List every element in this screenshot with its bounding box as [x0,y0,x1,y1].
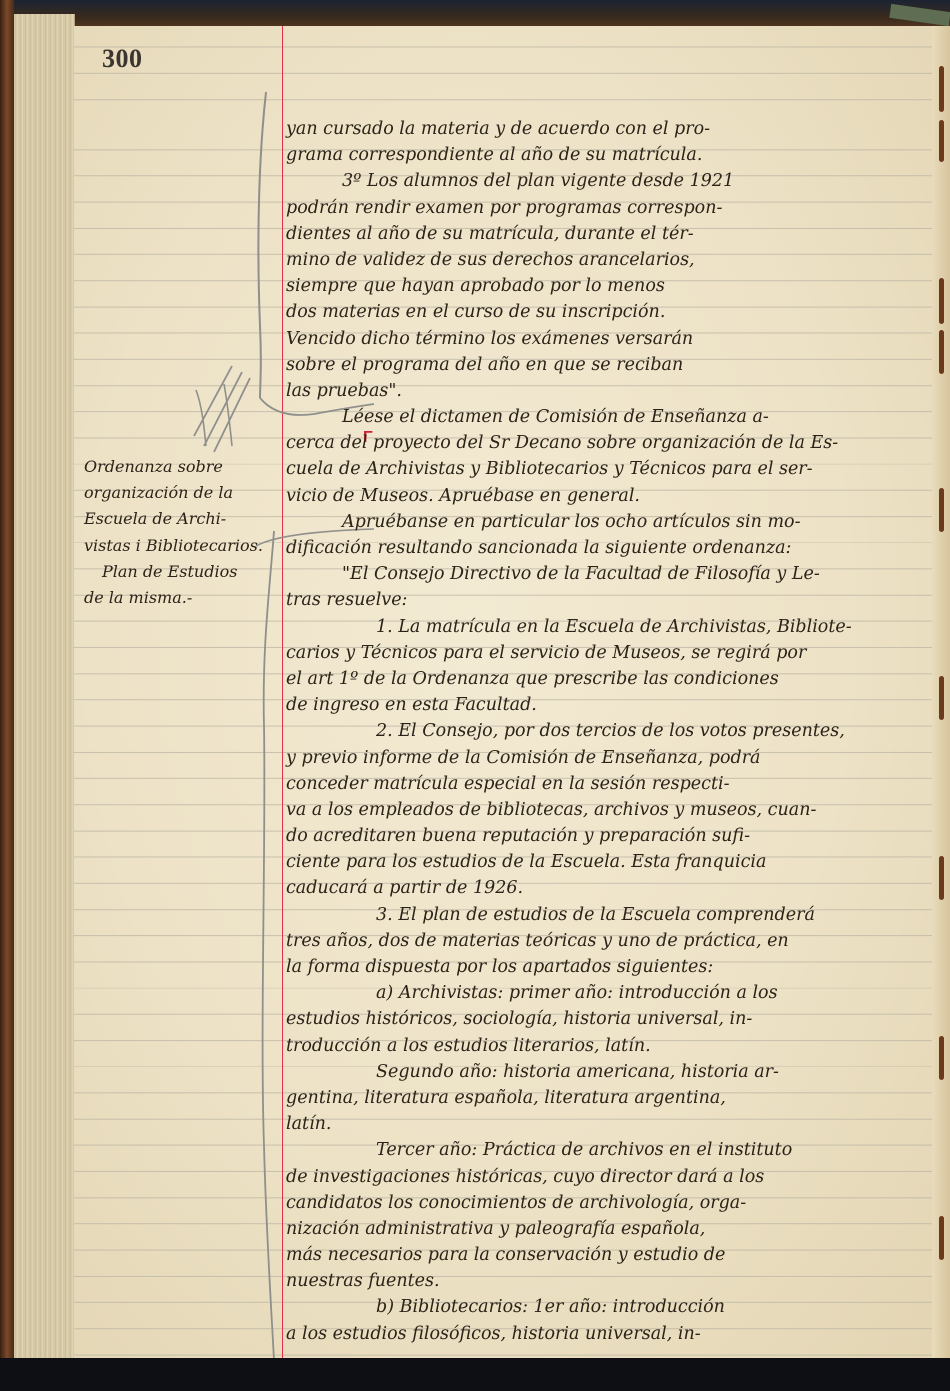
bookmark-ribbon [889,4,950,26]
binding-stitch [939,488,944,532]
text-line: candidatos los conocimientos de archivol… [286,1190,936,1216]
margin-note-line: vistas i Bibliotecarios. [84,533,284,559]
text-line: 1. La matrícula en la Escuela de Archivi… [286,614,936,640]
text-line: Tercer año: Práctica de archivos en el i… [286,1137,936,1163]
text-line: cerca del proyecto del Sr Decano sobre o… [286,430,936,456]
ledger-page: 300 Γ Ordenanza sobre organización de la… [74,26,950,1360]
text-line: conceder matrícula especial en la sesión… [286,771,936,797]
text-line: 3º Los alumnos del plan vigente desde 19… [286,168,936,194]
text-line: troducción a los estudios literarios, la… [286,1033,936,1059]
text-line: el art 1º de la Ordenanza que prescribe … [286,666,936,692]
margin-note: Ordenanza sobre organización de la Escue… [84,454,284,611]
text-line: Vencido dicho término los exámenes versa… [286,326,936,352]
handwritten-body: yan cursado la materia y de acuerdo con … [286,116,936,1347]
binding-stitch [939,1216,944,1260]
text-line: Léese el dictamen de Comisión de Enseñan… [286,404,936,430]
text-line: y previo informe de la Comisión de Enseñ… [286,745,936,771]
text-line: nuestras fuentes. [286,1268,936,1294]
margin-note-line: Escuela de Archi- [84,506,284,532]
text-line: de investigaciones históricas, cuyo dire… [286,1164,936,1190]
text-line: grama correspondiente al año de su matrí… [286,142,936,168]
book-cover-left [0,0,14,1391]
text-line: dientes al año de su matrícula, durante … [286,221,936,247]
text-line: la forma dispuesta por los apartados sig… [286,954,936,980]
text-line: 3. El plan de estudios de la Escuela com… [286,902,936,928]
text-line: podrán rendir examen por programas corre… [286,195,936,221]
binding-stitch [939,676,944,720]
text-line: a los estudios filosóficos, historia uni… [286,1321,936,1347]
text-line: dificación resultando sancionada la sigu… [286,535,936,561]
margin-note-line: Ordenanza sobre [84,454,284,480]
text-line: a) Archivistas: primer año: introducción… [286,980,936,1006]
text-line: latín. [286,1111,936,1137]
text-line: va a los empleados de bibliotecas, archi… [286,797,936,823]
binding-stitch [939,856,944,900]
binding-stitch [939,278,944,324]
text-line: do acreditaren buena reputación y prepar… [286,823,936,849]
text-line: b) Bibliotecarios: 1er año: introducción [286,1294,936,1320]
red-margin-rule [282,26,283,1360]
margin-note-line: organización de la [84,480,284,506]
text-line: más necesarios para la conservación y es… [286,1242,936,1268]
binding-stitch [939,330,944,374]
page-number: 300 [102,44,143,74]
text-line: tres años, dos de materias teóricas y un… [286,928,936,954]
binding-stitch [939,120,944,162]
text-line: sobre el programa del año en que se reci… [286,352,936,378]
text-line: gentina, literatura española, literatura… [286,1085,936,1111]
text-line: de ingreso en esta Facultad. [286,692,936,718]
text-line: Apruébanse en particular los ocho artícu… [286,509,936,535]
text-line: estudios históricos, sociología, histori… [286,1006,936,1032]
text-line: Segundo año: historia americana, histori… [286,1059,936,1085]
binding-stitch [939,1036,944,1080]
margin-note-line: Plan de Estudios [84,559,284,585]
text-line: vicio de Museos. Apruébase en general. [286,483,936,509]
page-edges [14,14,75,1362]
text-line: dos materias en el curso de su inscripci… [286,299,936,325]
text-line: siempre que hayan aprobado por lo menos [286,273,936,299]
text-line: "El Consejo Directivo de la Facultad de … [286,561,936,587]
margin-note-line: de la misma.- [84,585,284,611]
text-line: mino de validez de sus derechos arancela… [286,247,936,273]
text-line: ciente para los estudios de la Escuela. … [286,849,936,875]
text-line: carios y Técnicos para el servicio de Mu… [286,640,936,666]
text-line: cuela de Archivistas y Bibliotecarios y … [286,456,936,482]
text-line: tras resuelve: [286,587,936,613]
text-line: yan cursado la materia y de acuerdo con … [286,116,936,142]
text-line: caducará a partir de 1926. [286,875,936,901]
book-cover-bottom [0,1358,950,1391]
text-line: 2. El Consejo, por dos tercios de los vo… [286,718,936,744]
binding-stitch [939,66,944,112]
text-line: las pruebas". [286,378,936,404]
text-line: nización administrativa y paleografía es… [286,1216,936,1242]
